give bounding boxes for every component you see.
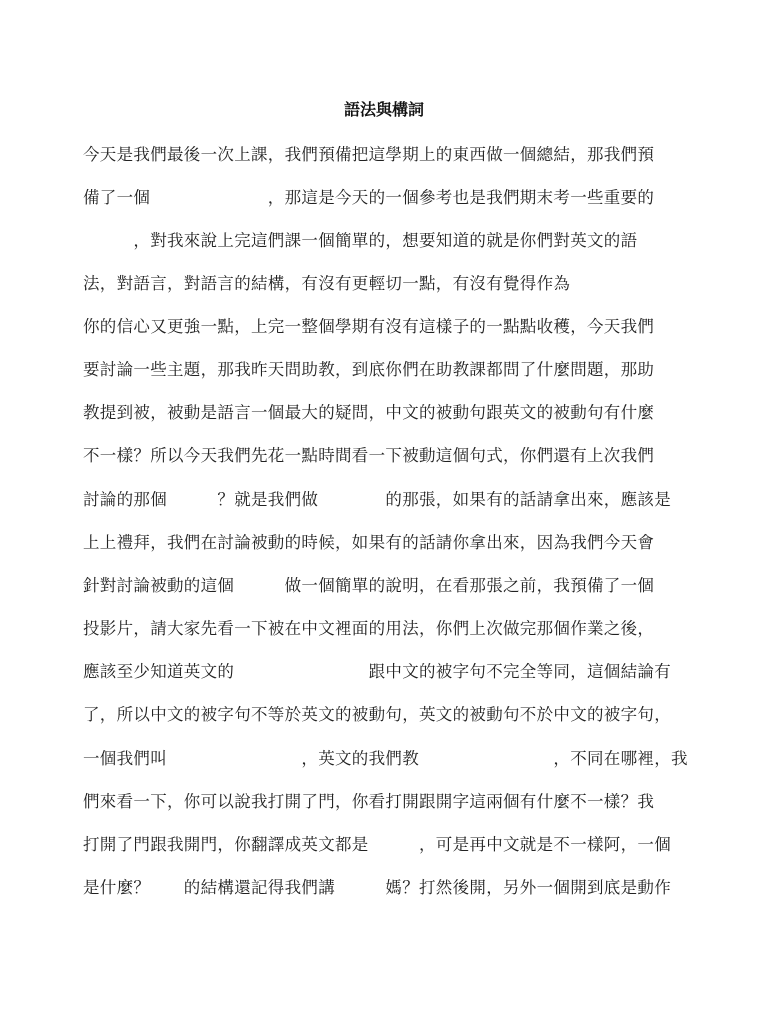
document-title: 語法與構詞 — [0, 98, 768, 122]
paragraph-line: 是什麼？ 的結構還記得我們講 媽？打然後開，另外一個開到底是動作 — [83, 875, 693, 901]
paragraph-line: 你的信心又更強一點，上完一整個學期有沒有這樣子的一點點收穫，今天我們 — [83, 314, 693, 340]
document-page: 語法與構詞 今天是我們最後一次上課，我們預備把這學期上的東西做一個總結，那我們預… — [0, 0, 768, 1024]
paragraph-line: ，對我來說上完這們課一個簡單的，想要知道的就是你們對英文的語 — [83, 228, 693, 254]
paragraph-line: 今天是我們最後一次上課，我們預備把這學期上的東西做一個總結，那我們預 — [83, 142, 693, 168]
paragraph-line: 上上禮拜，我們在討論被動的時候，如果有的話請你拿出來，因為我們今天會 — [83, 530, 693, 556]
paragraph-line: 一個我們叫 ，英文的我們教 ，不同在哪裡，我 — [83, 746, 693, 772]
paragraph-line: 應該至少知道英文的 跟中文的被字句不完全等同，這個結論有 — [83, 659, 693, 685]
paragraph-line: 打開了門跟我開門，你翻譯成英文都是 ，可是再中文就是不一樣阿，一個 — [83, 832, 693, 858]
paragraph-line: 投影片，請大家先看一下被在中文裡面的用法，你們上次做完那個作業之後， — [83, 616, 693, 642]
paragraph-line: 教提到被，被動是語言一個最大的疑問，中文的被動句跟英文的被動句有什麼 — [83, 400, 693, 426]
paragraph-line: 法，對語言，對語言的結構，有沒有更輕切一點，有沒有覺得作為 — [83, 271, 693, 297]
paragraph-line: 備了一個 ，那這是今天的一個參考也是我們期末考一些重要的 — [83, 185, 693, 211]
paragraph-line: 針對討論被動的這個 做一個簡單的說明，在看那張之前，我預備了一個 — [83, 573, 693, 599]
paragraph-line: 了，所以中文的被字句不等於英文的被動句，英文的被動句不於中文的被字句， — [83, 702, 693, 728]
paragraph-line: 要討論一些主題，那我昨天問助教，到底你們在助教課都問了什麼問題，那助 — [83, 357, 693, 383]
paragraph-line: 討論的那個 ？就是我們做 的那張，如果有的話請拿出來，應該是 — [83, 487, 693, 513]
paragraph-line: 們來看一下，你可以說我打開了門，你看打開跟開字這兩個有什麼不一樣？我 — [83, 789, 693, 815]
paragraph-line: 不一樣？所以今天我們先花一點時間看一下被動這個句式，你們還有上次我們 — [83, 443, 693, 469]
